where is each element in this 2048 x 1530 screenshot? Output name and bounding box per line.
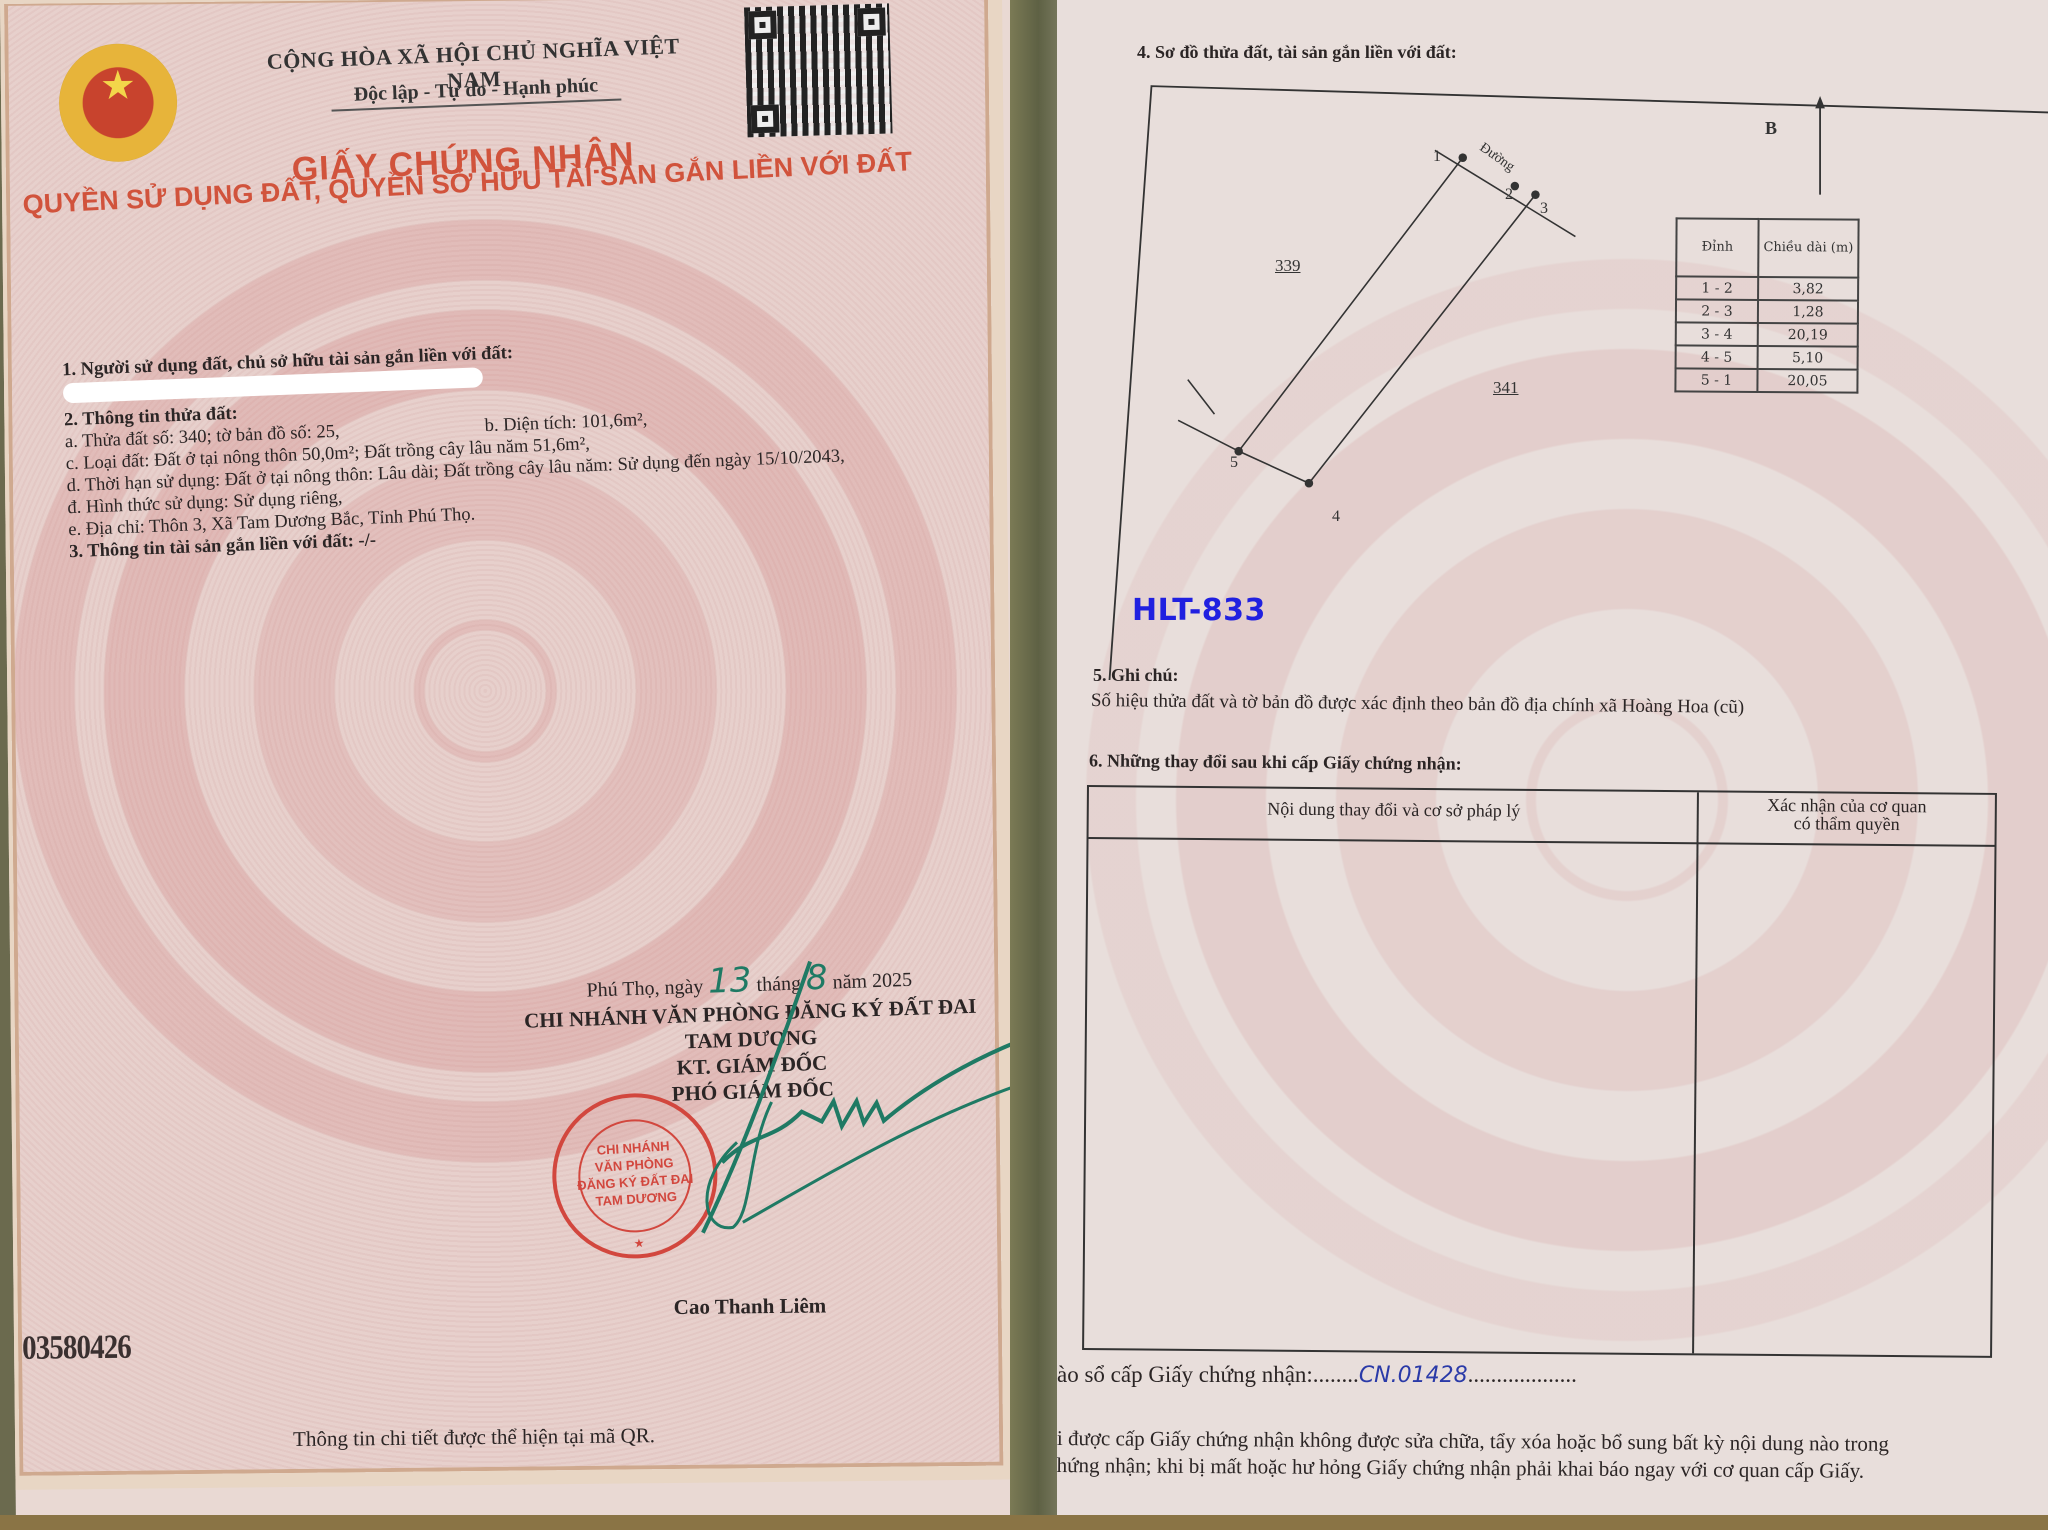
table-row: 4 - 55,10 — [1676, 345, 1858, 369]
edge-length: 5,10 — [1758, 346, 1858, 370]
plot-diagram — [1057, 0, 2048, 680]
handwritten-day: 13 — [708, 960, 753, 1001]
certificate-serial: 03580426 — [22, 1329, 131, 1368]
table-row: 1 - 23,82 — [1676, 276, 1858, 300]
table-header-vertex: Đỉnh — [1676, 218, 1758, 277]
edge-name: 2 - 3 — [1676, 299, 1758, 323]
table-row: 5 - 120,05 — [1675, 368, 1857, 392]
table-header-length: Chiều dài (m) — [1758, 219, 1858, 278]
signer-name: Cao Thanh Liêm — [674, 1293, 827, 1320]
neighbor-parcel-339: 339 — [1275, 256, 1301, 276]
vertex-label-4: 4 — [1332, 508, 1340, 526]
edge-length-table: Đỉnh Chiều dài (m) 1 - 23,822 - 31,283 -… — [1674, 217, 1859, 393]
guilloche-background — [8, 0, 999, 1472]
table-row: 2 - 31,28 — [1676, 299, 1858, 323]
certificate-front-page: ★ CỘNG HÒA XÃ HỘI CHỦ NGHĨA VIỆT NAM Độc… — [0, 0, 1026, 1530]
neighbor-parcel-341: 341 — [1493, 378, 1519, 398]
edge-name: 3 - 4 — [1676, 322, 1758, 346]
edge-length: 1,28 — [1758, 300, 1858, 324]
registry-number: CN.01428 — [1359, 1363, 1468, 1388]
vertex-label-5: 5 — [1230, 454, 1238, 472]
desk-surface — [0, 1515, 2048, 1530]
certificate-info: 1. Người sử dụng đất, chủ sở hữu tài sản… — [62, 328, 889, 563]
vertex-label-2: 2 — [1505, 186, 1513, 204]
edge-name: 4 - 5 — [1676, 345, 1758, 369]
section-notes-heading: 5. Ghi chú: — [1093, 665, 1179, 686]
certificate-back-page: 4. Sơ đồ thửa đất, tài sản gắn liền với … — [1057, 0, 2048, 1515]
north-label: B — [1765, 118, 1777, 139]
edge-length: 20,05 — [1757, 369, 1857, 393]
vertex-label-1: 1 — [1433, 148, 1441, 166]
section-changes-heading: 6. Những thay đổi sau khi cấp Giấy chứng… — [1089, 750, 1462, 774]
handwritten-month: 8 — [805, 958, 828, 999]
table-row: 3 - 420,19 — [1676, 322, 1858, 346]
edge-name: 5 - 1 — [1675, 368, 1757, 392]
changes-col-confirmation: Xác nhận của cơ quan có thẩm quyền — [1699, 795, 1995, 834]
watermark-code: HLT-833 — [1132, 593, 1266, 628]
edge-length: 3,82 — [1758, 277, 1858, 301]
page-gap — [1010, 0, 1057, 1530]
signing-block: Phú Thọ, ngày 13 tháng 8 năm 2025 CHI NH… — [489, 952, 1013, 1113]
changes-table: Nội dung thay đổi và cơ sở pháp lý Xác n… — [1082, 785, 1997, 1358]
qr-note: Thông tin chi tiết được thể hiện tại mã … — [293, 1423, 655, 1452]
seal-text: CHI NHÁNH VĂN PHÒNG ĐĂNG KÝ ĐẤT ĐAI TAM … — [554, 1135, 715, 1213]
registry-number-line: ào sổ cấp Giấy chứng nhận:........CN.014… — [1057, 1362, 1577, 1388]
qr-code-icon[interactable] — [744, 3, 893, 137]
edge-name: 1 - 2 — [1676, 276, 1758, 300]
usage-warning: i được cấp Giấy chứng nhận không được sử… — [1057, 1425, 2017, 1486]
vertex-label-3: 3 — [1540, 200, 1548, 218]
edge-length: 20,19 — [1758, 323, 1858, 347]
national-emblem-icon: ★ — [58, 43, 177, 162]
